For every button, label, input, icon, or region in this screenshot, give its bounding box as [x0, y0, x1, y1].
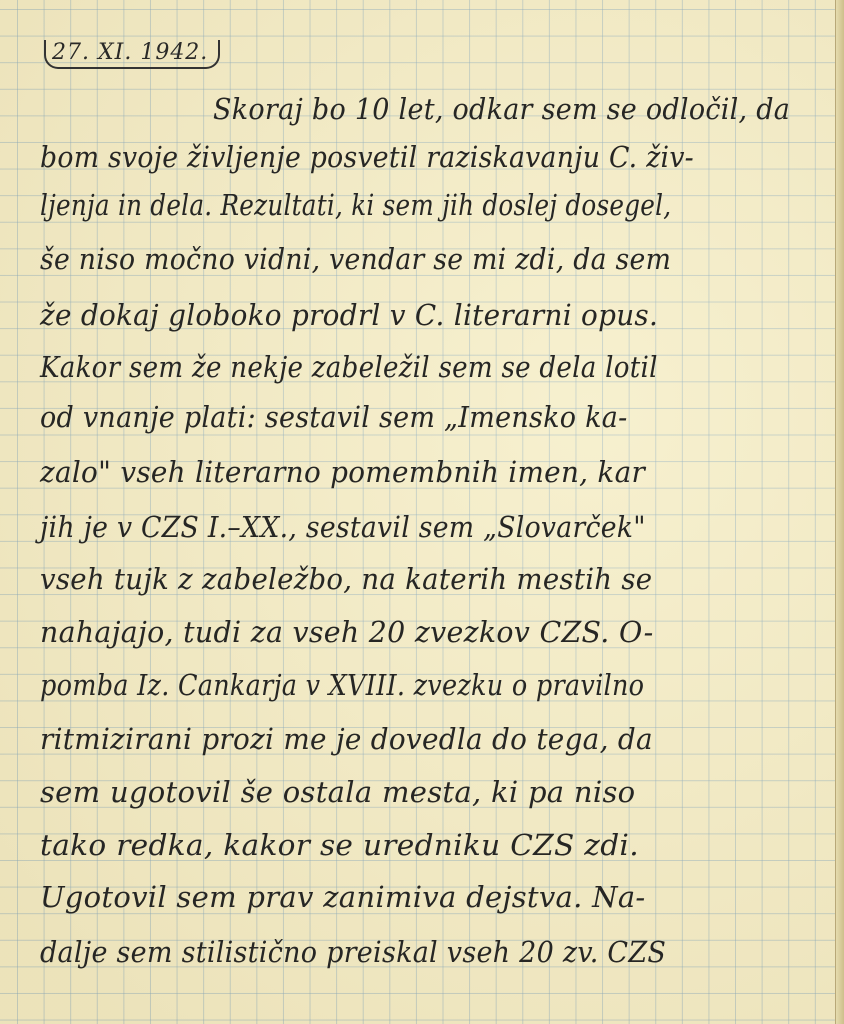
text-line-12: pomba Iz. Cankarja v XVIII. zvezku o pra…: [40, 668, 644, 702]
text-line-14: sem ugotovil še ostala mesta, ki pa niso: [40, 775, 635, 809]
text-line-15: tako redka, kakor se uredniku CZS zdi.: [40, 828, 639, 862]
notebook-page: 27. XI. 1942. Skoraj bo 10 let, odkar se…: [0, 0, 844, 1024]
page-edge: [835, 0, 844, 1024]
text-line-13: ritmizirani prozi me je dovedla do tega,…: [40, 722, 653, 756]
text-line-3: ljenja in dela. Rezultati, ki sem jih do…: [40, 188, 671, 222]
text-line-9: jih je v CZS I.–XX., sestavil sem „Slova…: [40, 510, 646, 544]
entry-date: 27. XI. 1942.: [44, 40, 220, 69]
text-line-16: Ugotovil sem prav zanimiva dejstva. Na-: [40, 880, 646, 914]
text-line-2: bom svoje življenje posvetil raziskavanj…: [40, 140, 694, 174]
text-line-8: zalo" vseh literarno pomembnih imen, kar: [40, 455, 645, 489]
text-line-1: Skoraj bo 10 let, odkar sem se odločil, …: [213, 92, 790, 126]
text-line-10: vseh tujk z zabeležbo, na katerih mestih…: [40, 562, 652, 596]
text-line-4: še niso močno vidni, vendar se mi zdi, d…: [40, 242, 671, 276]
text-line-7: od vnanje plati: sestavil sem „Imensko k…: [40, 400, 627, 434]
text-line-6: Kakor sem že nekje zabeležil sem se dela…: [40, 350, 658, 384]
text-line-5: že dokaj globoko prodrl v C. literarni o…: [40, 298, 658, 332]
text-line-11: nahajajo, tudi za vseh 20 zvezkov CZS. O…: [40, 615, 653, 649]
text-line-17: dalje sem stilistično preiskal vseh 20 z…: [40, 935, 666, 969]
